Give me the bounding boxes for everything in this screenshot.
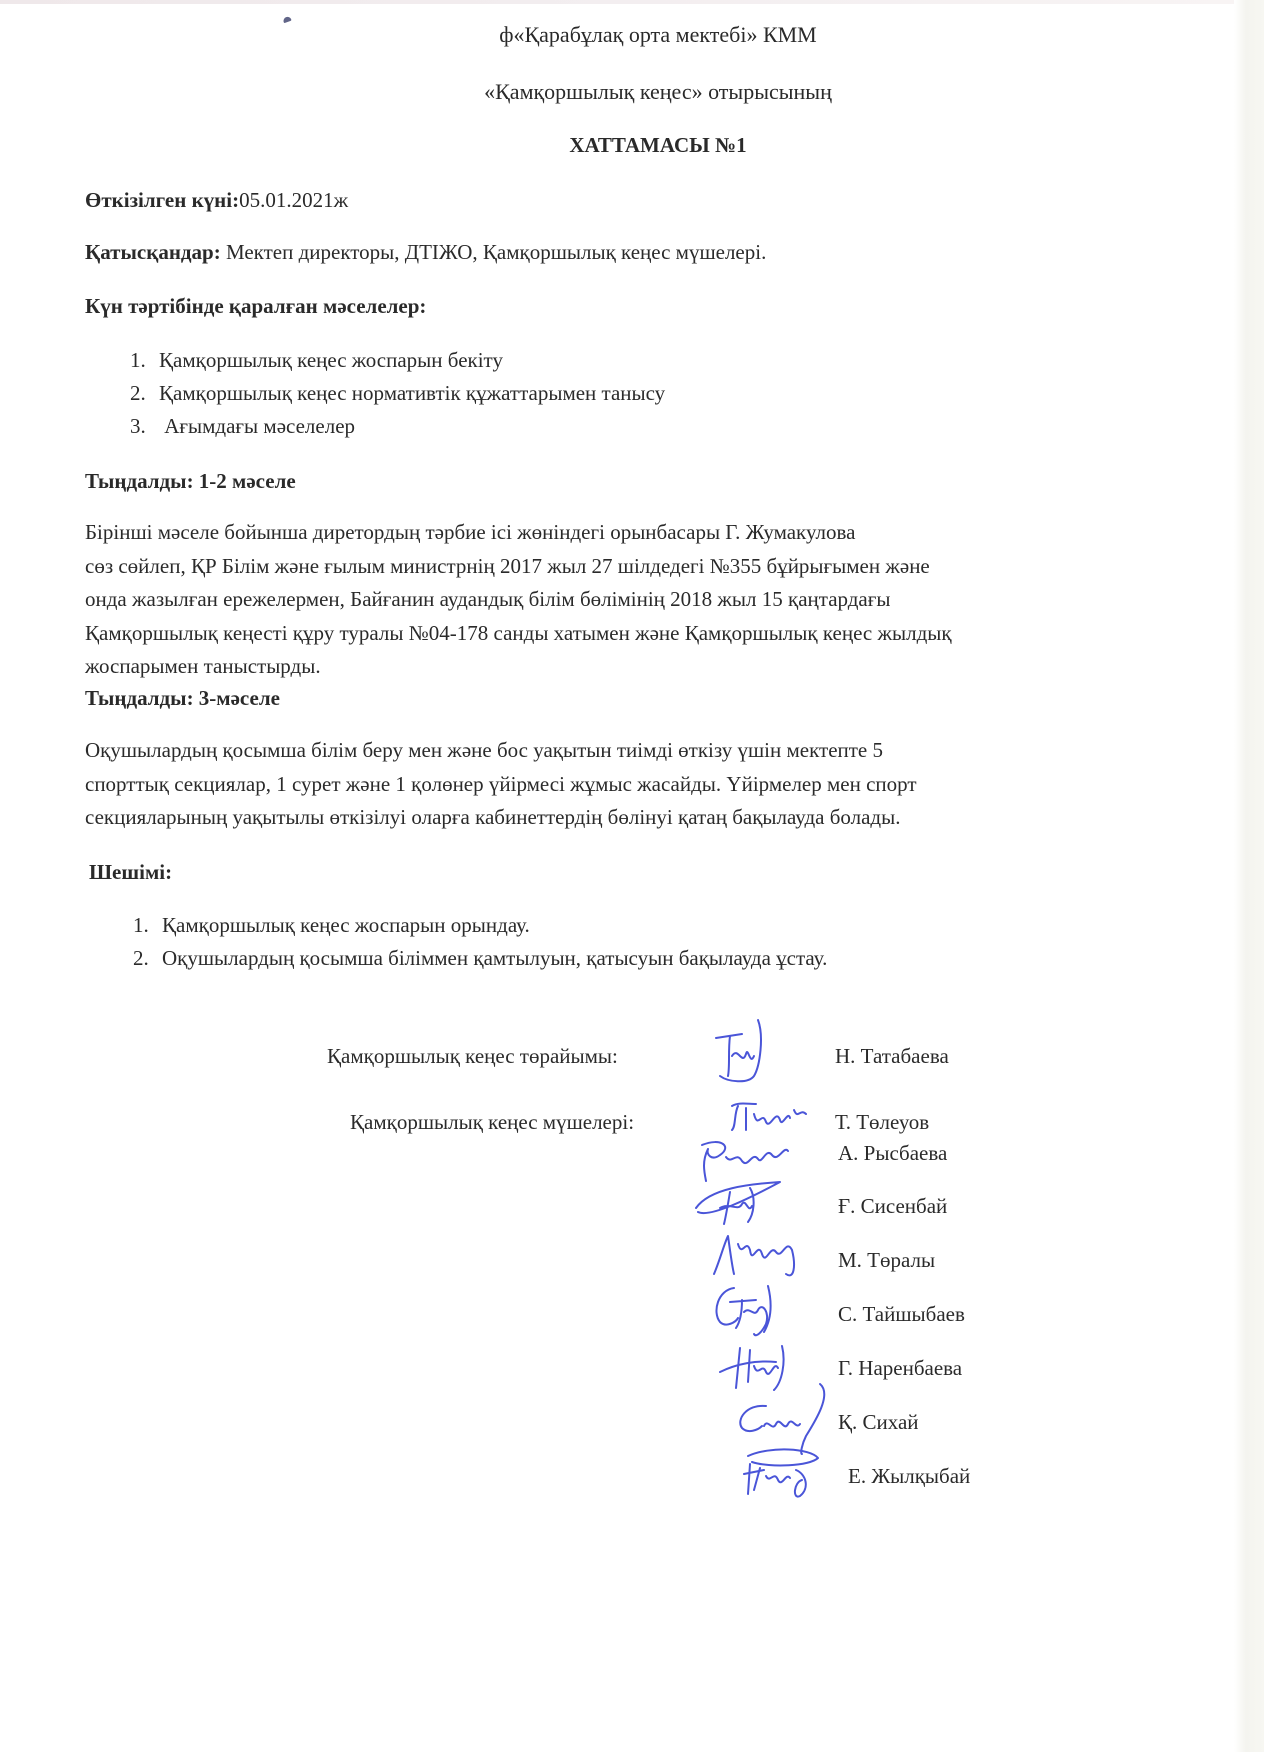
member-name: Ғ. Сисенбай <box>838 1194 947 1219</box>
date-line: Өткізілген күні:05.01.2021ж <box>85 188 348 213</box>
signature-member-3 <box>690 1178 800 1228</box>
member-name: Т. Төлеуов <box>835 1110 929 1135</box>
heard-1-heading: Тыңдалды: 1-2 мәселе <box>85 469 296 494</box>
participants-label: Қатысқандар: <box>85 240 221 264</box>
organization-name: ф«Қарабұлақ орта мектебі» КММ <box>26 22 1264 48</box>
decision-list: 1.Қамқоршылық кеңес жоспарын орындау. 2.… <box>133 909 827 975</box>
signature-member-5 <box>712 1282 782 1340</box>
chair-label: Қамқоршылық кеңес төрайымы: <box>327 1044 618 1069</box>
signature-member-4 <box>710 1230 802 1288</box>
members-label: Қамқоршылық кеңес мүшелері: <box>350 1110 634 1135</box>
agenda-list: 1.Қамқоршылық кеңес жоспарын бекіту 2.Қа… <box>130 344 665 443</box>
agenda-item: 1.Қамқоршылық кеңес жоспарын бекіту <box>130 344 665 377</box>
heard-1-paragraph: Бірінші мәселе бойынша диретордың тәрбие… <box>85 516 952 684</box>
member-name: А. Рысбаева <box>838 1141 947 1166</box>
agenda-item: 2.Қамқоршылық кеңес нормативтік құжаттар… <box>130 377 665 410</box>
participants-value: Мектеп директоры, ДТІЖО, Қамқоршылық кең… <box>221 240 767 264</box>
document-title: ХАТТАМАСЫ №1 <box>26 133 1264 158</box>
decision-item: 1.Қамқоршылық кеңес жоспарын орындау. <box>133 909 827 942</box>
participants-line: Қатысқандар: Мектеп директоры, ДТІЖО, Қа… <box>85 240 766 265</box>
heard-2-paragraph: Оқушылардың қосымша білім беру мен және … <box>85 734 917 835</box>
signature-chair <box>708 1016 772 1086</box>
member-name: Е. Жылқыбай <box>848 1464 970 1489</box>
decision-heading: Шешімі: <box>89 860 172 885</box>
member-name: Г. Наренбаева <box>838 1356 962 1381</box>
decision-item: 2.Оқушылардың қосымша біліммен қамтылуын… <box>133 942 827 975</box>
agenda-heading: Күн тәртібінде қаралған мәселелер: <box>85 294 426 319</box>
date-value: 05.01.2021ж <box>239 188 348 212</box>
document-page: ф«Қарабұлақ орта мектебі» КММ «Қамқоршыл… <box>0 0 1264 1752</box>
signature-member-8 <box>740 1444 830 1500</box>
chair-name: Н. Татабаева <box>835 1044 949 1069</box>
heard-2-heading: Тыңдалды: 3-мәселе <box>85 686 280 711</box>
signature-member-1 <box>728 1100 818 1138</box>
meeting-name: «Қамқоршылық кеңес» отырысының <box>26 79 1264 105</box>
member-name: С. Тайшыбаев <box>838 1302 965 1327</box>
member-name: Қ. Сихай <box>838 1410 919 1435</box>
agenda-item: 3. Ағымдағы мәселелер <box>130 410 665 443</box>
member-name: М. Төралы <box>838 1248 935 1273</box>
date-label: Өткізілген күні: <box>85 188 239 212</box>
